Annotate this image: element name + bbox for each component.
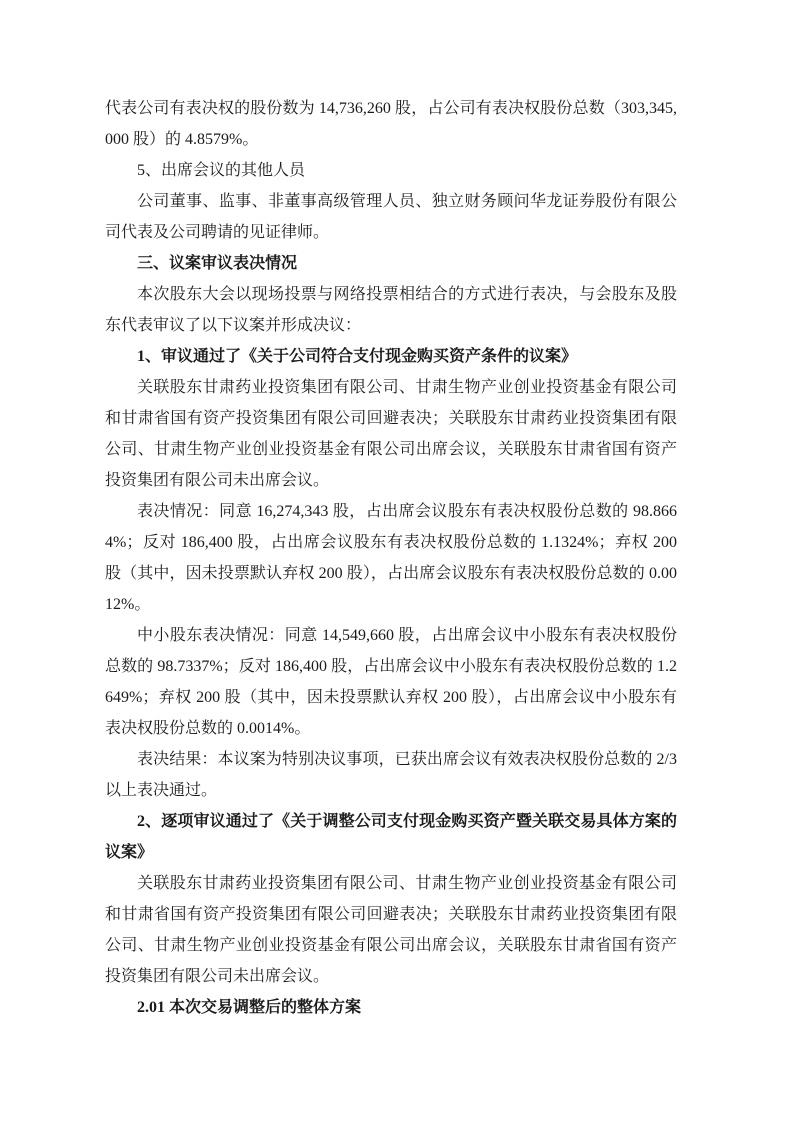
paragraph-related-shareholders-abstain-2: 关联股东甘肃药业投资集团有限公司、甘肃生物产业创业投资基金有限公司和甘肃省国有资… xyxy=(105,868,677,992)
paragraph-attendees-detail: 公司董事、监事、非董事高级管理人员、独立财务顾问华龙证券股份有限公司代表及公司聘… xyxy=(105,186,677,248)
sub-heading-2-01-overall-plan: 2.01 本次交易调整后的整体方案 xyxy=(105,992,677,1023)
paragraph-voting-situation-1: 表决情况：同意 16,274,343 股，占出席会议股东有表决权股份总数的 98… xyxy=(105,496,677,620)
list-item-5-other-attendees: 5、出席会议的其他人员 xyxy=(105,155,677,186)
paragraph-continuation-voting-shares: 代表公司有表决权的股份数为 14,736,260 股，占公司有表决权股份总数（3… xyxy=(105,93,677,155)
item-heading-1-proposal: 1、审议通过了《关于公司符合支付现金购买资产条件的议案》 xyxy=(105,341,677,372)
item-heading-2-proposal: 2、逐项审议通过了《关于调整公司支付现金购买资产暨关联交易具体方案的议案》 xyxy=(105,806,677,868)
paragraph-voting-result-1: 表决结果：本议案为特别决议事项，已获出席会议有效表决权股份总数的 2/3 以上表… xyxy=(105,744,677,806)
paragraph-minority-shareholders-voting: 中小股东表决情况：同意 14,549,660 股，占出席会议中小股东有表决权股份… xyxy=(105,620,677,744)
section-heading-3-voting-results: 三、议案审议表决情况 xyxy=(105,248,677,279)
paragraph-related-shareholders-abstain-1: 关联股东甘肃药业投资集团有限公司、甘肃生物产业创业投资基金有限公司和甘肃省国有资… xyxy=(105,372,677,496)
paragraph-voting-method: 本次股东大会以现场投票与网络投票相结合的方式进行表决，与会股东及股东代表审议了以… xyxy=(105,279,677,341)
document-page: 代表公司有表决权的股份数为 14,736,260 股，占公司有表决权股份总数（3… xyxy=(0,0,793,1122)
